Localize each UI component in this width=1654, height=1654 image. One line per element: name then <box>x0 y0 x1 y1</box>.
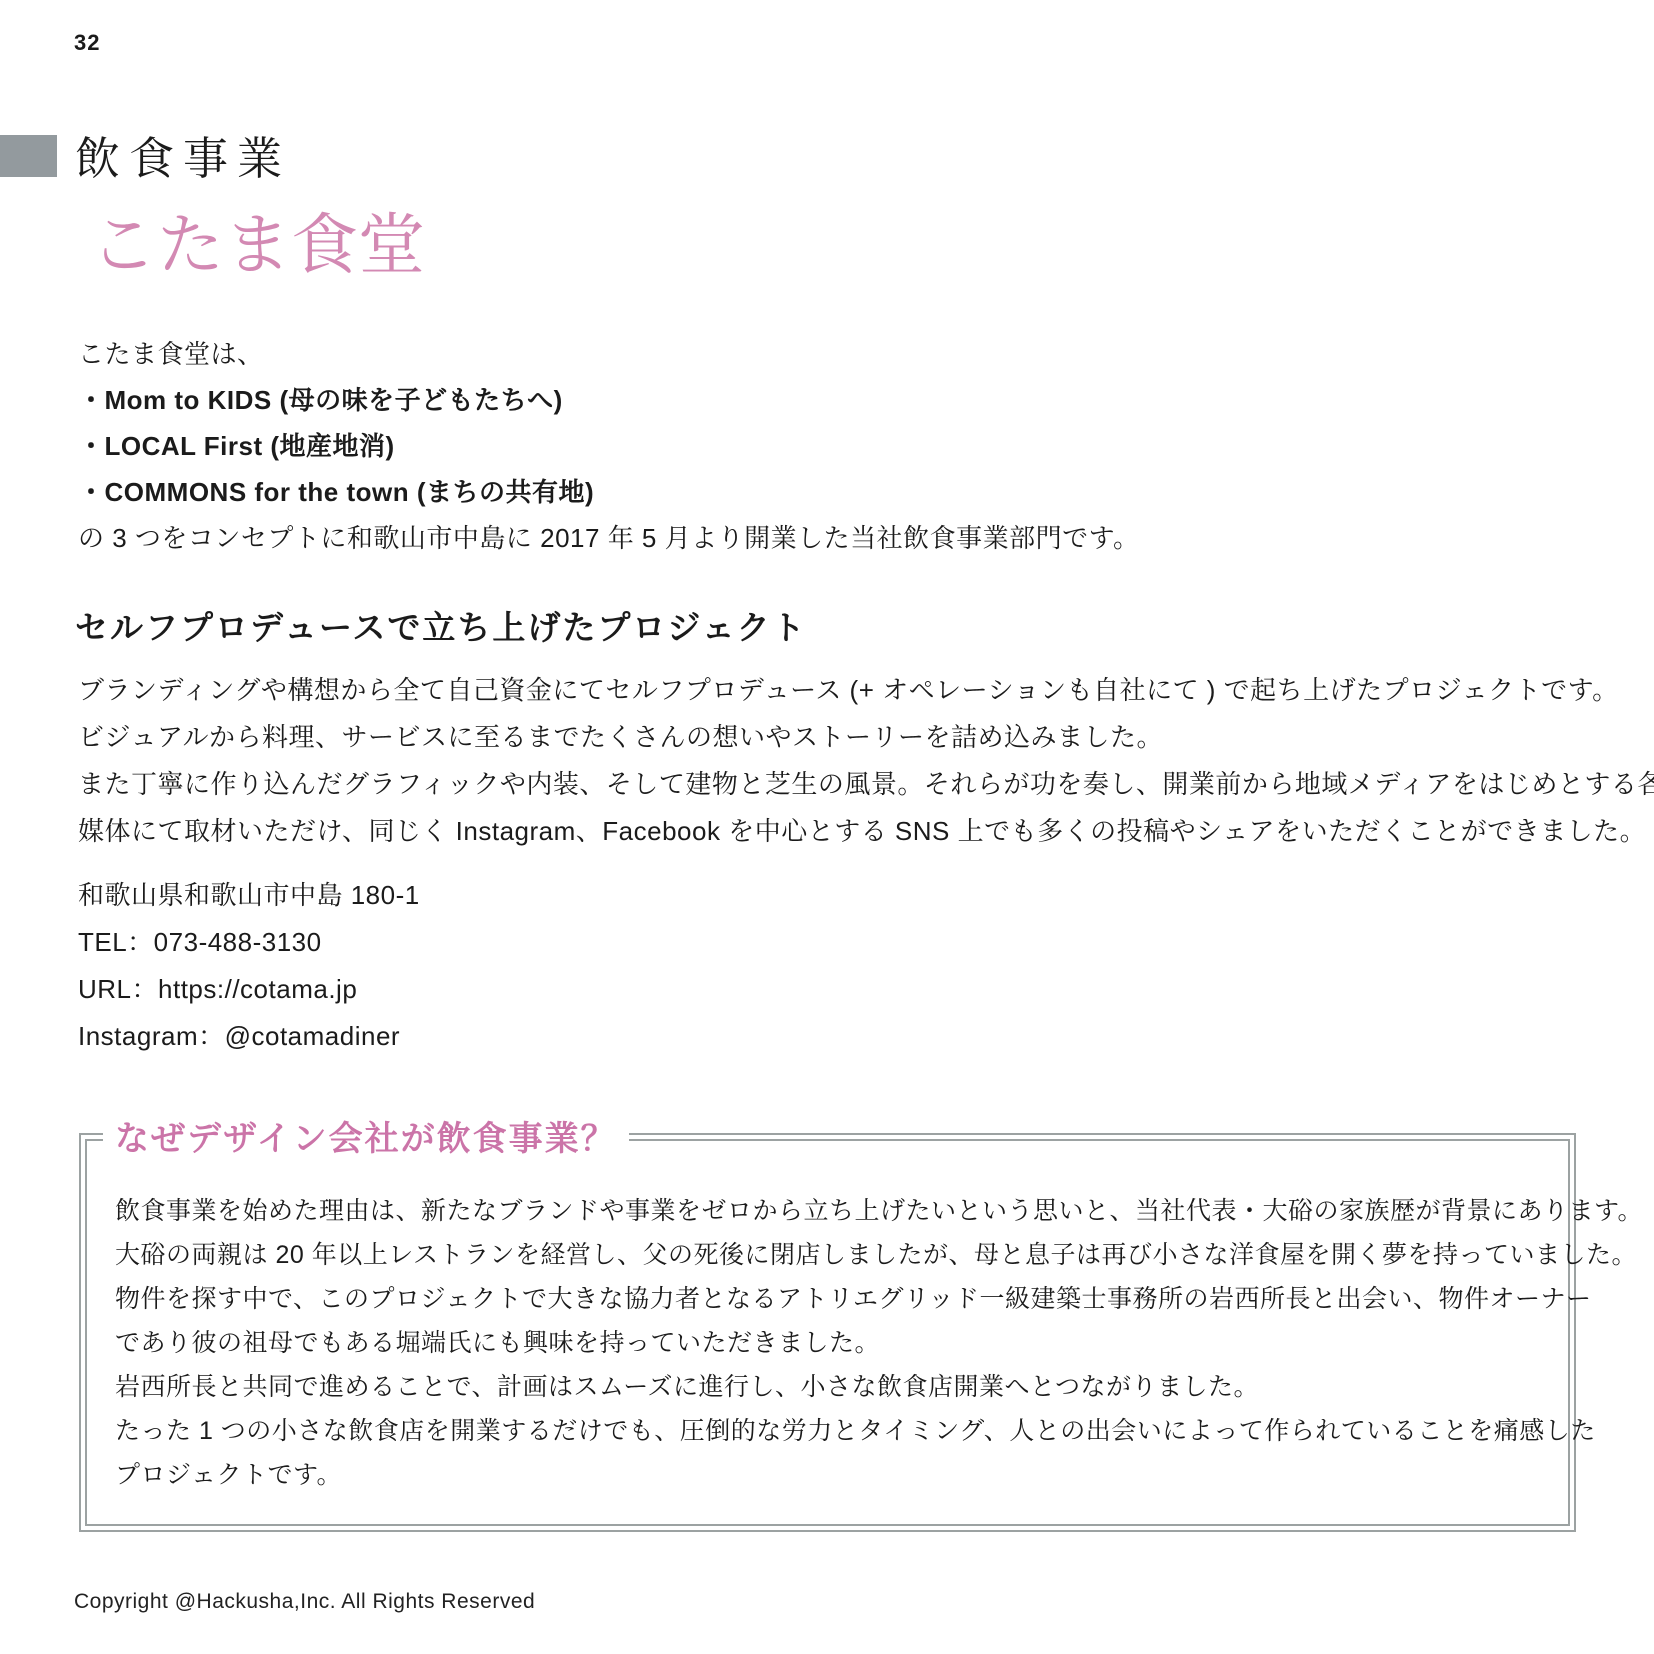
why-box-heading: なぜデザイン会社が飲食事業？ <box>103 1111 629 1160</box>
concept-item: ・Mom to KIDS (母の味を子どもたちへ) <box>78 377 1140 423</box>
contact-url: URL：https://cotama.jp <box>78 966 420 1013</box>
intro-block: こたま食堂は、 ・Mom to KIDS (母の味を子どもたちへ) ・LOCAL… <box>78 331 1140 561</box>
category-heading: 飲食事業 <box>75 122 291 187</box>
why-box: なぜデザイン会社が飲食事業？ 飲食事業を始めた理由は、新たなブランドや事業をゼロ… <box>79 1133 1576 1532</box>
why-box-content: 飲食事業を始めた理由は、新たなブランドや事業をゼロから立ち上げたいという思いと、… <box>115 1189 1643 1497</box>
why-box-line: 物件を探す中で、このプロジェクトで大きな協力者となるアトリエグリッド一級建築士事… <box>115 1277 1643 1321</box>
document-page: { "theme": { "title_pink": "#d389b3", "b… <box>0 0 1654 1654</box>
contact-instagram: Instagram：@cotamadiner <box>78 1013 420 1060</box>
contact-tel: TEL：073-488-3130 <box>78 919 420 966</box>
page-title: こたま食堂 <box>90 192 425 288</box>
why-box-line: 大硲の両親は 20 年以上レストランを経営し、父の死後に閉店しましたが、母と息子… <box>115 1233 1643 1277</box>
section-marker-bar <box>0 135 57 177</box>
project-description: ブランディングや構想から全て自己資金にてセルフプロデュース (+ オペレーション… <box>78 667 1654 855</box>
contact-address: 和歌山県和歌山市中島 180-1 <box>78 872 420 919</box>
concept-item: ・LOCAL First (地産地消) <box>78 423 1140 469</box>
project-section-heading: セルフプロデュースで立ち上げたプロジェクト <box>75 602 807 649</box>
project-paragraph-line: 媒体にて取材いただけ、同じく Instagram、Facebook を中心とする… <box>78 808 1654 855</box>
intro-conclusion: の 3 つをコンセプトに和歌山市中島に 2017 年 5 月より開業した当社飲食… <box>78 515 1140 561</box>
why-box-line: 岩西所長と共同で進めることで、計画はスムーズに進行し、小さな飲食店開業へとつなが… <box>115 1365 1643 1409</box>
concept-item: ・COMMONS for the town (まちの共有地) <box>78 469 1140 515</box>
why-box-line: たった 1 つの小さな飲食店を開業するだけでも、圧倒的な労力とタイミング、人との… <box>115 1409 1643 1453</box>
project-paragraph-line: また丁寧に作り込んだグラフィックや内装、そして建物と芝生の風景。それらが功を奏し… <box>78 761 1654 808</box>
intro-lead: こたま食堂は、 <box>78 331 1140 377</box>
why-box-line: プロジェクトです。 <box>115 1453 1643 1497</box>
why-box-line: であり彼の祖母でもある堀端氏にも興味を持っていただきました。 <box>115 1321 1643 1365</box>
page-number: 32 <box>74 30 100 56</box>
contact-block: 和歌山県和歌山市中島 180-1 TEL：073-488-3130 URL：ht… <box>78 872 420 1060</box>
why-box-line: 飲食事業を始めた理由は、新たなブランドや事業をゼロから立ち上げたいという思いと、… <box>115 1189 1643 1233</box>
project-paragraph-line: ブランディングや構想から全て自己資金にてセルフプロデュース (+ オペレーション… <box>78 667 1654 714</box>
copyright-footer: Copyright @Hackusha,Inc. All Rights Rese… <box>74 1590 535 1614</box>
project-paragraph-line: ビジュアルから料理、サービスに至るまでたくさんの想いやストーリーを詰め込みました… <box>78 714 1654 761</box>
